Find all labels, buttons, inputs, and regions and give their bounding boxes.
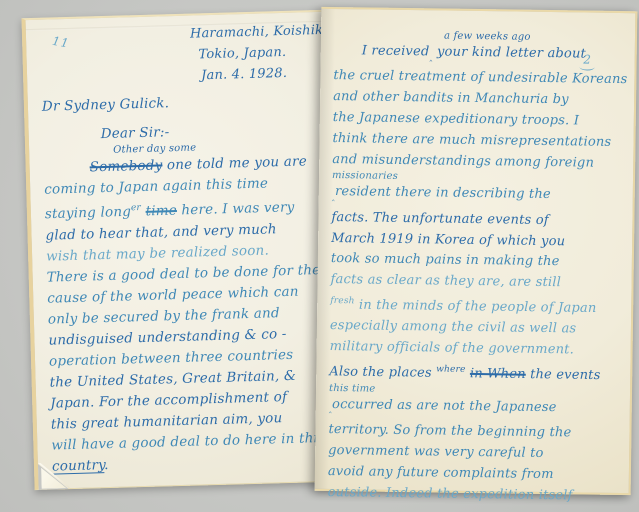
handwritten-line: Dr Sydney Gulick. (42, 89, 320, 118)
text-segment: only be secured by the frank and (48, 305, 280, 327)
text-segment: facts as clear as they are, are still (330, 272, 561, 290)
text-segment: and other bandits in Manchuria by (333, 89, 569, 107)
text-segment: ‸ (329, 404, 332, 414)
letter-page-left: 11 Haramachi, Koishikawa ku,Tokio, Japan… (21, 10, 334, 490)
text-segment: missionaries (332, 170, 398, 182)
text-segment: one told me you are (162, 153, 307, 173)
text-segment: coming to Japan again this time (44, 175, 268, 197)
text-segment: Dr Sydney Gulick. (42, 95, 170, 115)
text-segment: Jan. 4. 1928. (201, 66, 287, 83)
text-segment: facts. The unfortunate events of (331, 210, 549, 228)
text-segment: Also the places (329, 364, 436, 380)
text-segment: especially among the civil as well as (330, 318, 577, 336)
text-segment: ‸ (332, 192, 335, 202)
struck-word: Somebody (89, 157, 162, 175)
text-segment: here. I was very (177, 199, 295, 218)
text-segment: Dear Sir:- (101, 124, 170, 142)
text-segment: glad to hear that, and very much (45, 221, 277, 243)
text-segment: staying long (45, 204, 132, 222)
text-segment: Other day some (113, 142, 196, 155)
struck-word: in When (470, 366, 526, 382)
inserted-word: fresh (330, 296, 355, 306)
handwritten-text-block: Haramachi, Koishikawa ku,Tokio, Japan.Ja… (40, 20, 330, 477)
handwritten-text-block: a few weeks agoI received‸ your kind let… (327, 29, 625, 507)
text-segment: your kind letter about (433, 44, 587, 61)
text-segment: the events (526, 367, 601, 383)
text-segment: I received (362, 43, 430, 59)
handwritten-line: outside. Indeed the expedition itself (327, 483, 618, 508)
text-segment: territory. So from the beginning the (328, 422, 571, 440)
text-segment: outside. Indeed the expedition itself (328, 485, 573, 503)
text-segment: Japan. For the accomplishment of (50, 389, 287, 412)
text-segment: the Japanese expeditionary troops. I (333, 110, 579, 128)
inserted-word: er (131, 203, 141, 213)
text-segment: March 1919 in Korea of which you (331, 231, 565, 249)
text-segment: wish that may be realized soon. (46, 242, 269, 264)
text-segment: occurred as are not the Japanese (332, 397, 557, 415)
text-segment: resident there in describing the (335, 184, 551, 202)
page-number-text: 2 (583, 52, 591, 66)
text-segment: this great humanitarian aim, you (51, 410, 283, 432)
text-segment: Tokio, Japan. (198, 45, 286, 62)
page-number-2: 2 (580, 52, 595, 70)
page-number-11: 11 (51, 34, 71, 51)
inserted-word: where (436, 364, 466, 374)
struck-word: time (145, 203, 177, 220)
handwritten-line: Haramachi, Koishikawa ku, (190, 20, 319, 45)
text-segment: ‸ (429, 52, 432, 62)
letter-photo: 11 Haramachi, Koishikawa ku,Tokio, Japan… (0, 0, 639, 512)
text-segment: undisguised understanding & co - (48, 326, 287, 349)
handwritten-line: ‸resident there in describing the (332, 182, 623, 211)
text-segment: military officials of the government. (330, 339, 575, 357)
page-number-text: 11 (51, 34, 71, 51)
text-segment: took so much pains in making the (331, 251, 560, 269)
text-segment: . (104, 457, 109, 473)
handwritten-line: Jan. 4. 1928. (201, 62, 320, 86)
text-segment: in the minds of the people of Japan (355, 298, 597, 316)
text-segment: think there are much misrepresentations (332, 131, 611, 150)
text-segment: avoid any future complaints from (328, 464, 554, 482)
text-segment: a few weeks ago (444, 31, 531, 43)
letter-page-right: 2 a few weeks agoI received‸ your kind l… (315, 7, 638, 495)
text-segment: the United States, Great Britain, & (49, 367, 296, 390)
text-segment: and misunderstandings among foreign (332, 152, 594, 171)
text-segment: government was very careful to (328, 443, 544, 461)
text-segment: country (52, 457, 105, 474)
text-segment: the cruel treatment of undesirable Korea… (333, 68, 627, 87)
text-segment: this time (329, 383, 376, 395)
text-segment: operation between three countries (49, 346, 294, 369)
